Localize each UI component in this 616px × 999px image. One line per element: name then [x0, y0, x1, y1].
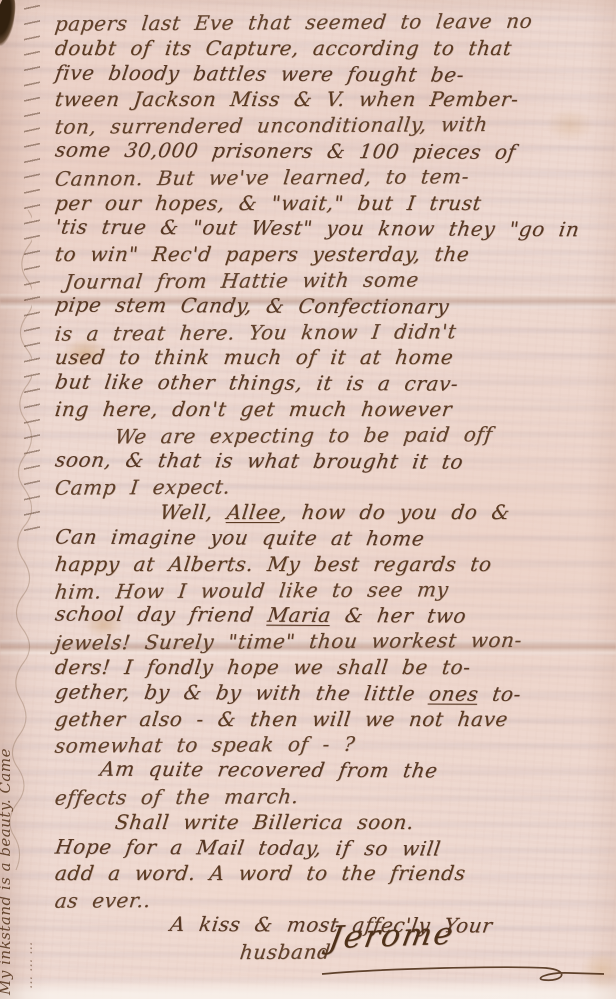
letter-line: Can imagine you quite at home — [53, 524, 609, 553]
letter-line: Camp I expect. — [53, 473, 609, 502]
signature-underline-flourish — [318, 952, 608, 992]
letter-line: Am quite recovered from the — [98, 757, 609, 785]
letter-line: add a word. A word to the friends — [53, 861, 609, 887]
letter-line: Journal from Hattie with some — [63, 266, 609, 295]
letter-line: school day friend Maria & her two — [53, 602, 609, 631]
letter-line: ton, surrendered unconditionally, with — [53, 111, 609, 140]
letter-line: tween Jackson Miss & V. when Pember- — [53, 87, 609, 113]
letter-line: Well, Allee, how do you do & — [158, 500, 609, 526]
letter-line: gether, by & by with the little ones to- — [53, 679, 609, 708]
letter-line: ders! I fondly hope we shall be to- — [53, 655, 609, 681]
letter-line: happy at Alberts. My best regards to — [53, 552, 609, 578]
letter-line: soon, & that is what brought it to — [53, 447, 609, 476]
letter-line: but like other things, it is a crav- — [53, 370, 609, 399]
letter-line: is a treat here. You know I didn't — [53, 318, 609, 347]
letter-line: effects of the march. — [53, 782, 609, 811]
letter-line: some 30,000 prisoners & 100 pieces of — [53, 138, 609, 167]
letter-line: somewhat to speak of - ? — [53, 731, 609, 760]
letter-body: papers last Eve that seemed to leave nod… — [55, 10, 608, 964]
letter-line: 'tis true & "out West" you know they "go… — [53, 215, 609, 244]
letter-line: him. How I would like to see my — [53, 576, 609, 605]
margin-note-faint: … … … — [21, 942, 36, 989]
letter-line: Hope for a Mail today, if so will — [53, 834, 609, 863]
letter-line: used to think much of it at home — [53, 345, 609, 371]
letter-line: gether also - & then will we not have — [53, 707, 609, 733]
letter-line: jewels! Surely "time" thou workest won- — [53, 627, 609, 656]
letter-line: Cannon. But we've learned, to tem- — [53, 163, 609, 192]
letter-line: to win" Rec'd papers yesterday, the — [53, 242, 609, 268]
signature: Jerome — [326, 916, 457, 956]
letter-line: We are expecting to be paid off — [113, 421, 609, 450]
letter-line: Shall write Billerica soon. — [113, 810, 609, 836]
letter-line: as ever.. — [53, 885, 609, 914]
letter-line: pipe stem Candy, & Confectionary — [53, 292, 609, 321]
letter-line: per our hopes, & "wait," but I trust — [53, 191, 609, 217]
letter-line: five bloody battles were fought be- — [53, 60, 609, 89]
letter-line: ing here, don't get much however — [53, 397, 609, 423]
letter-line: doubt of its Capture, according to that — [53, 36, 609, 62]
letter-line: papers last Eve that seemed to leave no — [53, 8, 609, 37]
margin-note-inkstand: My inkstand is a beauty. Came — [0, 748, 14, 995]
